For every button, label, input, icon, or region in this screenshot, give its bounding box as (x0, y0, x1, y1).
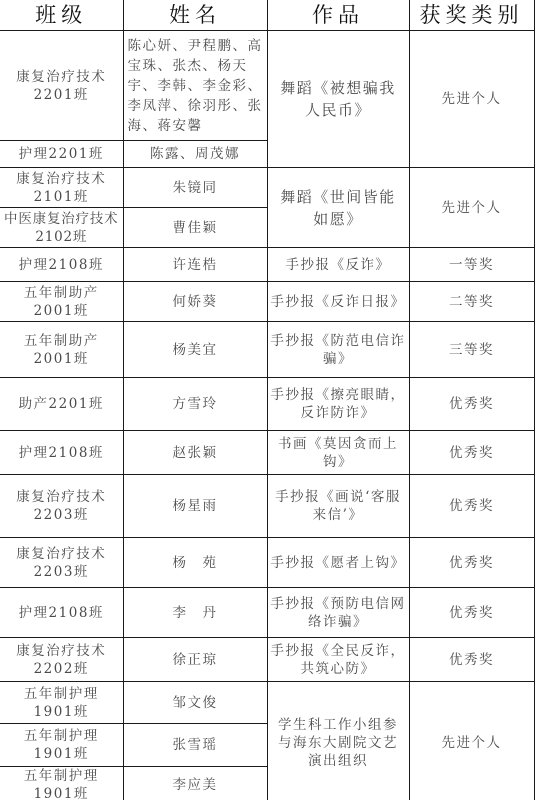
class-cell: 护理2108班 (0, 431, 123, 475)
table-row: 五年制助产2001班 何娇葵 手抄报《反诈日报》 二等奖 (0, 282, 534, 322)
name-cell: 杨星雨 (123, 475, 267, 538)
name-cell: 李应美 (123, 767, 267, 800)
award-cell: 二等奖 (409, 282, 534, 322)
table-row: 护理2108班 许连梏 手抄报《反诈》 一等奖 (0, 248, 534, 282)
award-cell: 先进个人 (409, 168, 534, 248)
award-cell: 先进个人 (409, 31, 534, 168)
table-row: 康复治疗技术2101班 朱镜同 舞蹈《世间皆能如愿》 先进个人 (0, 168, 534, 208)
header-name: 姓名 (123, 0, 267, 31)
name-cell: 方雪玲 (123, 378, 267, 431)
table-row: 康复治疗技术2203班 杨星雨 手抄报《画说‘客服来信’》 优秀奖 (0, 475, 534, 538)
work-cell: 舞蹈《被想骗我人民币》 (267, 31, 409, 168)
header-award: 获奖类别 (409, 0, 534, 31)
class-cell: 五年制助产2001班 (0, 322, 123, 378)
class-cell: 五年制护理1901班 (0, 682, 123, 724)
class-cell: 五年制护理1901班 (0, 767, 123, 800)
award-cell: 优秀奖 (409, 431, 534, 475)
class-cell: 康复治疗技术2203班 (0, 475, 123, 538)
name-cell: 许连梏 (123, 248, 267, 282)
class-cell: 康复治疗技术2203班 (0, 538, 123, 588)
class-cell: 康复治疗技术2101班 (0, 168, 123, 208)
table-row: 五年制助产2001班 杨美宜 手抄报《防范电信诈骗》 三等奖 (0, 322, 534, 378)
table-row: 护理2108班 赵张颖 书画《莫因贪而上钩》 优秀奖 (0, 431, 534, 475)
name-cell: 曹佳颖 (123, 208, 267, 248)
award-cell: 一等奖 (409, 248, 534, 282)
work-cell: 手抄报《愿者上钩》 (267, 538, 409, 588)
award-cell: 三等奖 (409, 322, 534, 378)
work-cell: 手抄报《擦亮眼睛，反诈防诈》 (267, 378, 409, 431)
work-cell: 手抄报《防范电信诈骗》 (267, 322, 409, 378)
class-cell: 五年制助产2001班 (0, 282, 123, 322)
class-cell: 五年制护理1901班 (0, 724, 123, 767)
name-cell: 徐正琼 (123, 638, 267, 682)
award-cell: 优秀奖 (409, 475, 534, 538)
name-cell: 赵张颖 (123, 431, 267, 475)
work-cell: 手抄报《画说‘客服来信’》 (267, 475, 409, 538)
header-class: 班级 (0, 0, 123, 31)
work-cell: 手抄报《全民反诈，共筑心防》 (267, 638, 409, 682)
award-cell: 优秀奖 (409, 378, 534, 431)
class-cell: 康复治疗技术2201班 (0, 31, 123, 141)
award-table: 班级 姓名 作品 获奖类别 康复治疗技术2201班 陈心妍、尹程鹏、高宝珠、张杰… (0, 0, 535, 800)
table-row: 康复治疗技术2202班 徐正琼 手抄报《全民反诈，共筑心防》 优秀奖 (0, 638, 534, 682)
header-row: 班级 姓名 作品 获奖类别 (0, 0, 534, 31)
award-list-sheet: 班级 姓名 作品 获奖类别 康复治疗技术2201班 陈心妍、尹程鹏、高宝珠、张杰… (0, 0, 535, 800)
header-work: 作品 (267, 0, 409, 31)
work-cell: 手抄报《反诈日报》 (267, 282, 409, 322)
work-cell: 手抄报《反诈》 (267, 248, 409, 282)
name-cell: 张雪瑶 (123, 724, 267, 767)
table-row: 康复治疗技术2203班 杨 苑 手抄报《愿者上钩》 优秀奖 (0, 538, 534, 588)
name-cell: 杨 苑 (123, 538, 267, 588)
work-cell: 书画《莫因贪而上钩》 (267, 431, 409, 475)
class-cell: 康复治疗技术2202班 (0, 638, 123, 682)
work-cell: 舞蹈《世间皆能如愿》 (267, 168, 409, 248)
table-row: 护理2108班 李 丹 手抄报《预防电信网络诈骗》 优秀奖 (0, 588, 534, 638)
work-cell: 手抄报《预防电信网络诈骗》 (267, 588, 409, 638)
name-cell: 杨美宜 (123, 322, 267, 378)
class-cell: 护理2108班 (0, 248, 123, 282)
class-cell: 中医康复治疗技术2102班 (0, 208, 123, 248)
name-cell: 陈露、周茂娜 (123, 141, 267, 168)
name-cell: 李 丹 (123, 588, 267, 638)
name-cell: 朱镜同 (123, 168, 267, 208)
award-cell: 先进个人 (409, 682, 534, 800)
name-cell: 何娇葵 (123, 282, 267, 322)
award-cell: 优秀奖 (409, 588, 534, 638)
class-cell: 护理2108班 (0, 588, 123, 638)
award-cell: 优秀奖 (409, 538, 534, 588)
name-cell: 邹文俊 (123, 682, 267, 724)
table-row: 五年制护理1901班 邹文俊 学生科工作小组参与海东大剧院文艺演出组织 先进个人 (0, 682, 534, 724)
name-cell: 陈心妍、尹程鹏、高宝珠、张杰、杨天宇、李韩、李金彩、李凤萍、徐羽彤、张海、蒋安馨 (123, 31, 267, 141)
table-row: 助产2201班 方雪玲 手抄报《擦亮眼睛，反诈防诈》 优秀奖 (0, 378, 534, 431)
class-cell: 助产2201班 (0, 378, 123, 431)
work-cell: 学生科工作小组参与海东大剧院文艺演出组织 (267, 682, 409, 800)
table-row: 康复治疗技术2201班 陈心妍、尹程鹏、高宝珠、张杰、杨天宇、李韩、李金彩、李凤… (0, 31, 534, 141)
award-cell: 优秀奖 (409, 638, 534, 682)
class-cell: 护理2201班 (0, 141, 123, 168)
